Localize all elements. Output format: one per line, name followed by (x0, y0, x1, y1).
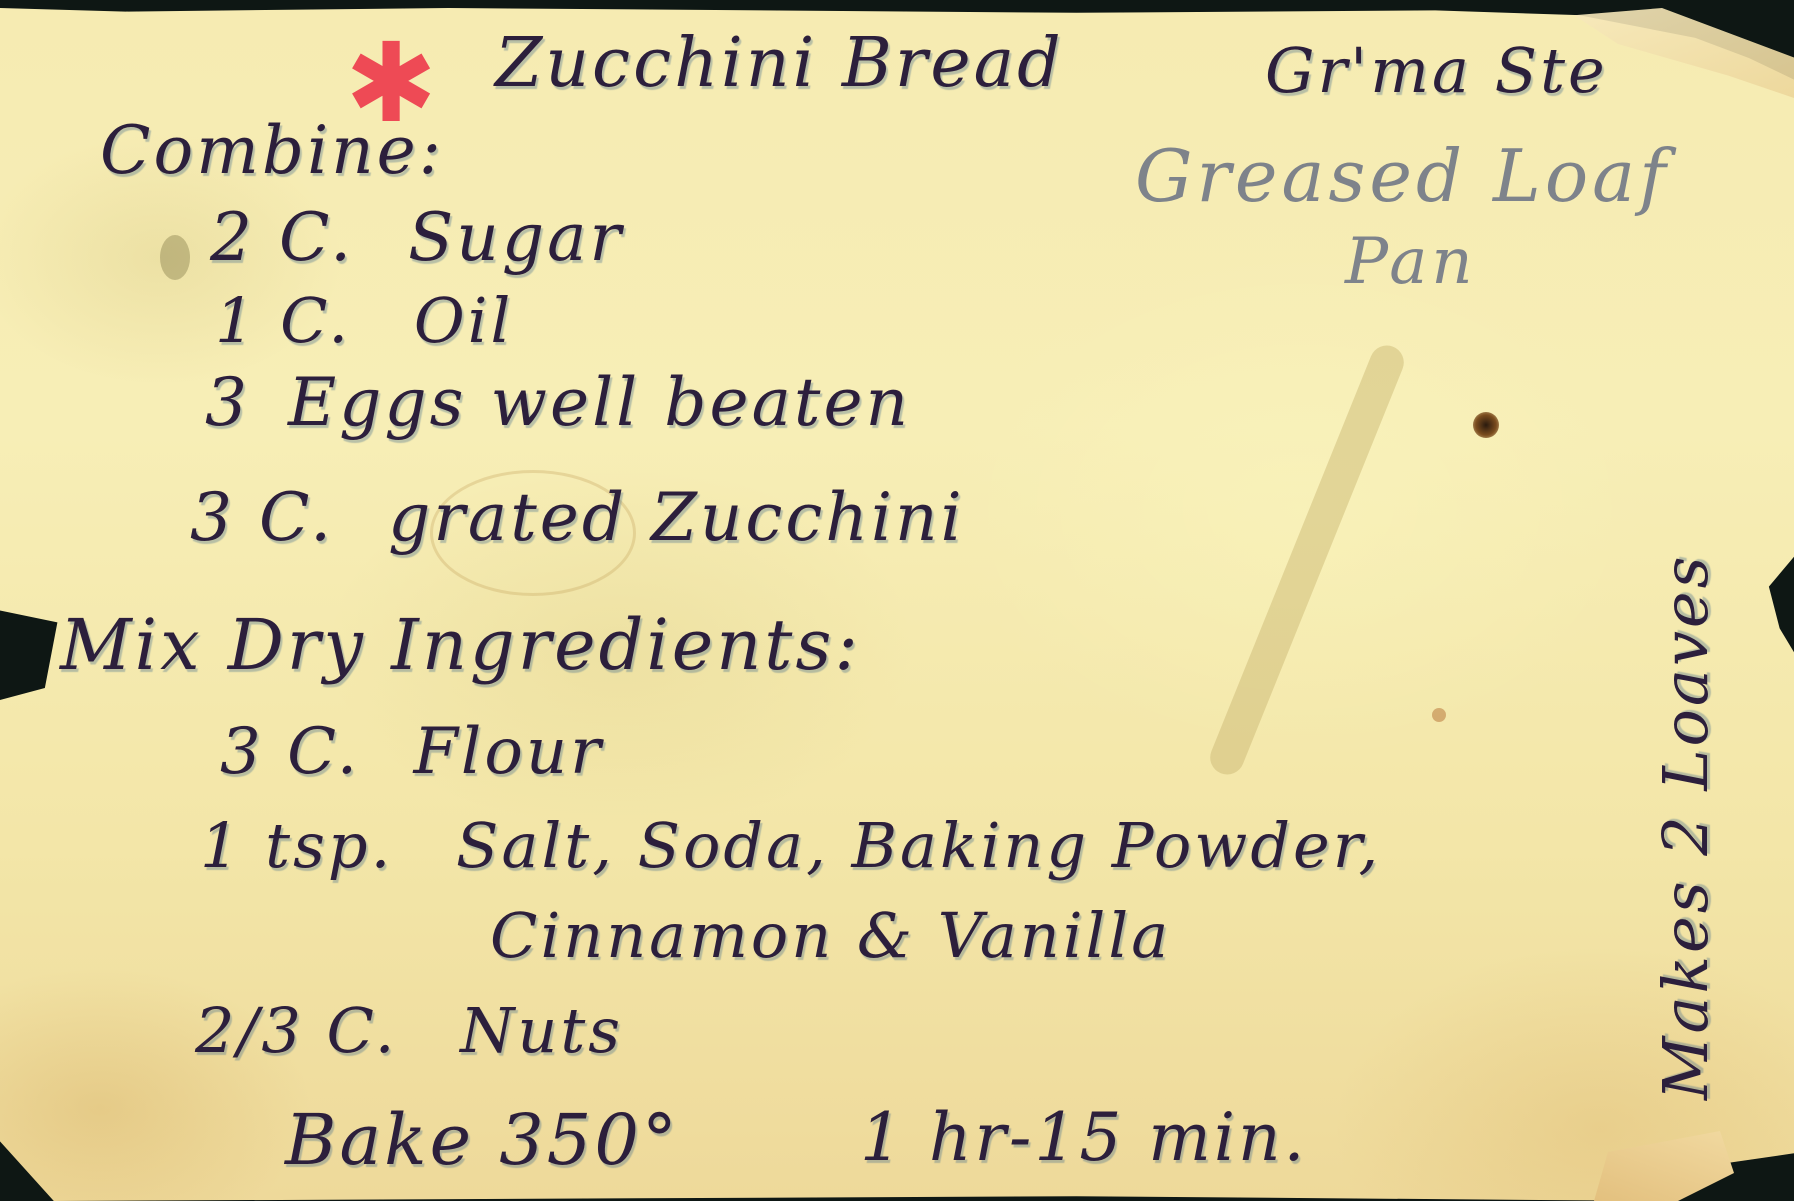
ingredient-line: 3 C. grated Zucchini (190, 485, 965, 551)
ingredient-qty: 2/3 C. (195, 994, 397, 1067)
side-note-line-2: Pan (1345, 230, 1477, 294)
ingredient-qty: 3 C. (220, 715, 360, 789)
recipe-attribution: Gr'ma Ste (1265, 40, 1608, 102)
dark-spot-stain (1473, 412, 1499, 438)
ingredient-item: Sugar (408, 199, 624, 276)
ingredient-line: 2 C. Sugar (210, 205, 624, 271)
ingredient-line: 2/3 C. Nuts (195, 1000, 623, 1062)
ingredient-item: Oil (414, 284, 514, 357)
ingredient-qty: 3 (205, 364, 250, 441)
grease-stain (160, 235, 190, 280)
ingredient-qty: 1 tsp. (200, 809, 393, 882)
ingredient-item: Salt, Soda, Baking Powder, (456, 809, 1381, 882)
bake-temperature: Bake 350° (285, 1105, 680, 1175)
ingredient-item: grated Zucchini (388, 479, 964, 556)
yield-note: Makes 2 Loaves (1655, 554, 1717, 1100)
small-spot-stain (1432, 708, 1446, 722)
ingredient-qty: 3 C. (190, 479, 334, 556)
ingredient-item: Cinnamon & Vanilla (490, 899, 1171, 972)
ingredient-item: Nuts (460, 994, 623, 1067)
recipe-title: Zucchini Bread (495, 30, 1064, 98)
section-heading-combine: Combine: (100, 118, 444, 184)
ingredient-qty: 1 C. (215, 284, 351, 357)
side-note-line-1: Greased Loaf (1135, 140, 1670, 212)
ingredient-item: Eggs well beaten (288, 364, 911, 441)
ingredient-line: 3 Eggs well beaten (205, 370, 911, 436)
ingredient-line: 1 C. Oil (215, 290, 513, 352)
ingredient-item: Flour (413, 715, 603, 789)
section-heading-mix-dry: Mix Dry Ingredients: (60, 610, 861, 680)
ingredient-qty: 2 C. (210, 199, 354, 276)
ingredient-line: 3 C. Flour (220, 720, 604, 784)
bake-time: 1 hr-15 min. (860, 1105, 1307, 1171)
ingredient-line: 1 tsp. Salt, Soda, Baking Powder, (200, 815, 1381, 877)
ingredient-line: Cinnamon & Vanilla (490, 905, 1171, 967)
